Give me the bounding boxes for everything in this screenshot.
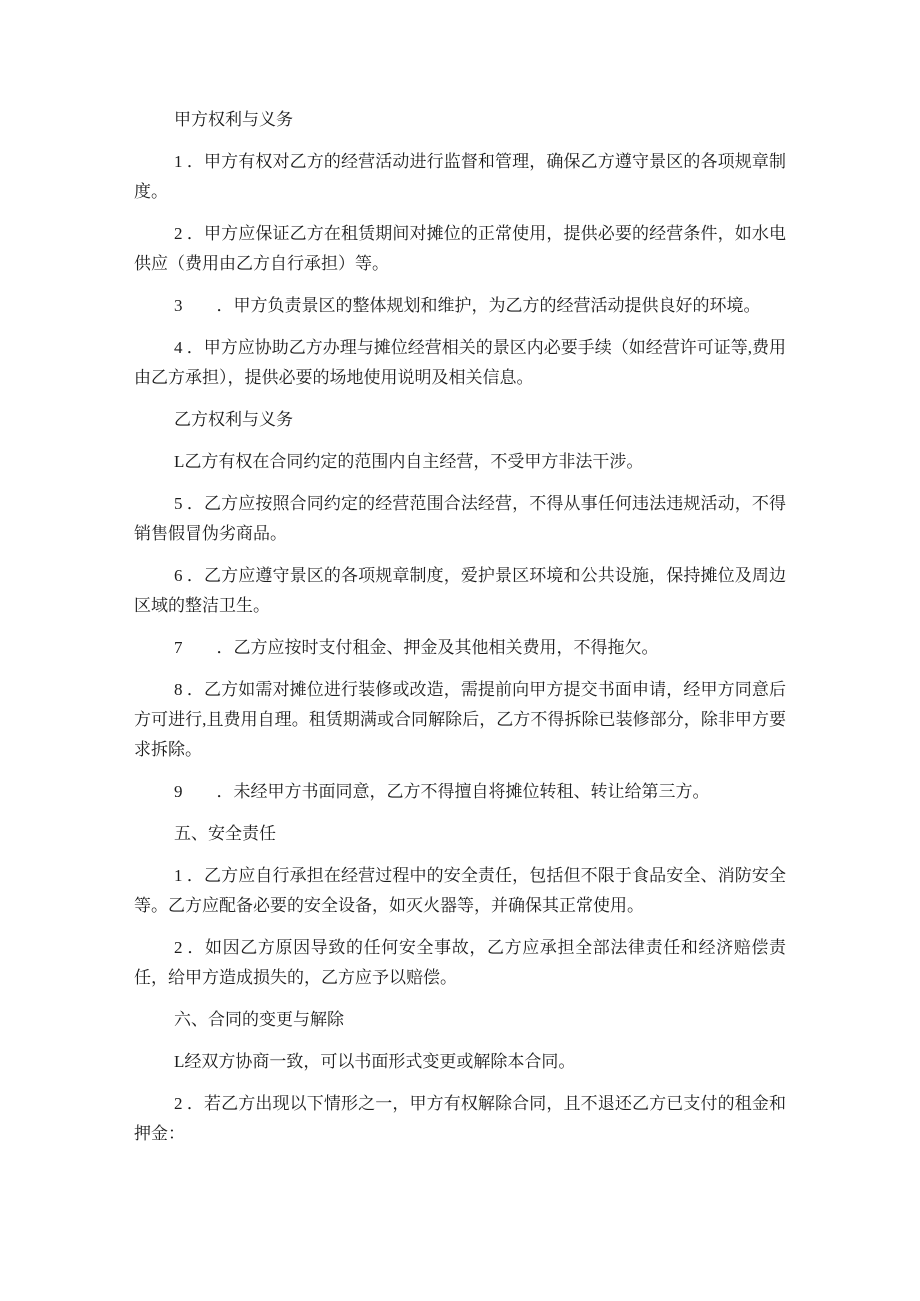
clause-modify-2: 2 ．若乙方出现以下情形之一，甲方有权解除合同，且不退还乙方已支付的租金和押金： — [134, 1089, 786, 1149]
clause-safety-2: 2 ．如因乙方原因导致的任何安全事故，乙方应承担全部法律责任和经济赔偿责任，给甲… — [134, 933, 786, 993]
clause-b-1: L乙方有权在合同约定的范围内自主经营，不受甲方非法干涉。 — [134, 447, 786, 477]
clause-b-7: 7 ．乙方应按时支付租金、押金及其他相关费用，不得拖欠。 — [134, 633, 786, 663]
clause-a-4: 4 ．甲方应协助乙方办理与摊位经营相关的景区内必要手续（如经营许可证等,费用由乙… — [134, 333, 786, 393]
clause-modify-1: L经双方协商一致，可以书面形式变更或解除本合同。 — [134, 1047, 786, 1077]
clause-a-1: 1 ．甲方有权对乙方的经营活动进行监督和管理，确保乙方遵守景区的各项规章制度。 — [134, 147, 786, 207]
heading-section6-modification: 六、合同的变更与解除 — [134, 1005, 786, 1035]
heading-party-b-rights: 乙方权利与义务 — [134, 405, 786, 435]
clause-b-9: 9 ．未经甲方书面同意，乙方不得擅自将摊位转租、转让给第三方。 — [134, 777, 786, 807]
clause-safety-1: 1 ．乙方应自行承担在经营过程中的安全责任，包括但不限于食品安全、消防安全等。乙… — [134, 861, 786, 921]
clause-b-6: 6 ．乙方应遵守景区的各项规章制度，爱护景区环境和公共设施，保持摊位及周边区域的… — [134, 561, 786, 621]
heading-section5-safety: 五、安全责任 — [134, 819, 786, 849]
clause-b-8: 8 ．乙方如需对摊位进行装修或改造，需提前向甲方提交书面申请，经甲方同意后方可进… — [134, 675, 786, 765]
document-page: 甲方权利与义务 1 ．甲方有权对乙方的经营活动进行监督和管理，确保乙方遵守景区的… — [0, 0, 920, 1301]
heading-party-a-rights: 甲方权利与义务 — [134, 105, 786, 135]
clause-a-2: 2 ．甲方应保证乙方在租赁期间对摊位的正常使用，提供必要的经营条件，如水电供应（… — [134, 219, 786, 279]
document-body: 甲方权利与义务 1 ．甲方有权对乙方的经营活动进行监督和管理，确保乙方遵守景区的… — [134, 105, 786, 1161]
clause-b-5: 5 ．乙方应按照合同约定的经营范围合法经营，不得从事任何违法违规活动，不得销售假… — [134, 489, 786, 549]
clause-a-3: 3 ．甲方负责景区的整体规划和维护，为乙方的经营活动提供良好的环境。 — [134, 291, 786, 321]
